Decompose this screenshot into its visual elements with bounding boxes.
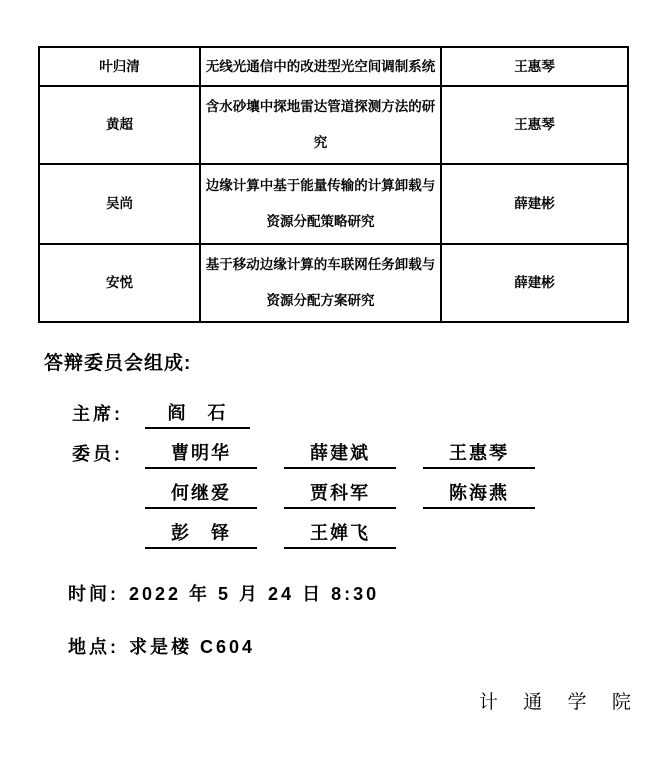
schedule-section: 时间:2022 年 5 月 24 日 8:30 地点:求是楼 C604 bbox=[68, 580, 379, 686]
chair-label: 主席: bbox=[72, 400, 145, 429]
student-name-cell: 吴尚 bbox=[39, 164, 200, 244]
member-name-underline: 何继爱 bbox=[145, 477, 257, 509]
student-name-cell: 安悦 bbox=[39, 244, 200, 322]
table-row: 安悦 基于移动边缘计算的车联网任务卸载与 资源分配方案研究 薛建彬 bbox=[39, 244, 628, 322]
thesis-title-cell: 含水砂壤中探地雷达管道探测方法的研 究 bbox=[200, 86, 441, 164]
thesis-table: 叶归清 无线光通信中的改进型光空间调制系统 王惠琴 黄超 含水砂壤中探地雷达管道… bbox=[38, 46, 629, 323]
thesis-title-cell: 基于移动边缘计算的车联网任务卸载与 资源分配方案研究 bbox=[200, 244, 441, 322]
defense-announcement-page: 叶归清 无线光通信中的改进型光空间调制系统 王惠琴 黄超 含水砂壤中探地雷达管道… bbox=[0, 0, 660, 767]
time-label: 时间: bbox=[68, 584, 119, 604]
member-name-underline: 王婵飞 bbox=[284, 517, 396, 549]
member-name-underline: 曹明华 bbox=[145, 437, 257, 469]
advisor-name-cell: 王惠琴 bbox=[441, 86, 628, 164]
time-row: 时间:2022 年 5 月 24 日 8:30 bbox=[68, 580, 379, 606]
student-name-cell: 叶归清 bbox=[39, 47, 200, 86]
committee-section: 答辩委员会组成: 主席: 阎 石 委员: 曹明华 薛建斌 王惠琴 何继爱 贾科军… bbox=[44, 348, 562, 549]
member-name-underline: 薛建斌 bbox=[284, 437, 396, 469]
table-row: 叶归清 无线光通信中的改进型光空间调制系统 王惠琴 bbox=[39, 47, 628, 86]
place-value: 求是楼 C604 bbox=[129, 637, 255, 657]
member-name-underline: 彭 铎 bbox=[145, 517, 257, 549]
member-name-underline: 贾科军 bbox=[284, 477, 396, 509]
thesis-title-cell: 边缘计算中基于能量传输的计算卸载与 资源分配策略研究 bbox=[200, 164, 441, 244]
member-name-underline: 陈海燕 bbox=[423, 477, 535, 509]
advisor-name-cell: 王惠琴 bbox=[441, 47, 628, 86]
time-value: 2022 年 5 月 24 日 8:30 bbox=[129, 584, 379, 604]
place-row: 地点:求是楼 C604 bbox=[68, 633, 379, 659]
thesis-title-cell: 无线光通信中的改进型光空间调制系统 bbox=[200, 47, 441, 86]
chair-name-underline: 阎 石 bbox=[145, 397, 250, 429]
table-row: 吴尚 边缘计算中基于能量传输的计算卸载与 资源分配策略研究 薛建彬 bbox=[39, 164, 628, 244]
member-label: 委员: bbox=[72, 440, 145, 469]
committee-heading: 答辩委员会组成: bbox=[44, 348, 562, 375]
advisor-name-cell: 薛建彬 bbox=[441, 244, 628, 322]
member-name-underline: 王惠琴 bbox=[423, 437, 535, 469]
advisor-name-cell: 薛建彬 bbox=[441, 164, 628, 244]
college-signature: 计 通 学 院 bbox=[479, 687, 641, 714]
member-row: 委员: 曹明华 薛建斌 王惠琴 bbox=[44, 441, 562, 469]
place-label: 地点: bbox=[68, 637, 119, 657]
member-row: 何继爱 贾科军 陈海燕 bbox=[44, 481, 562, 509]
table-row: 黄超 含水砂壤中探地雷达管道探测方法的研 究 王惠琴 bbox=[39, 86, 628, 164]
student-name-cell: 黄超 bbox=[39, 86, 200, 164]
chair-row: 主席: 阎 石 bbox=[44, 401, 562, 429]
member-row: 彭 铎 王婵飞 bbox=[44, 521, 562, 549]
